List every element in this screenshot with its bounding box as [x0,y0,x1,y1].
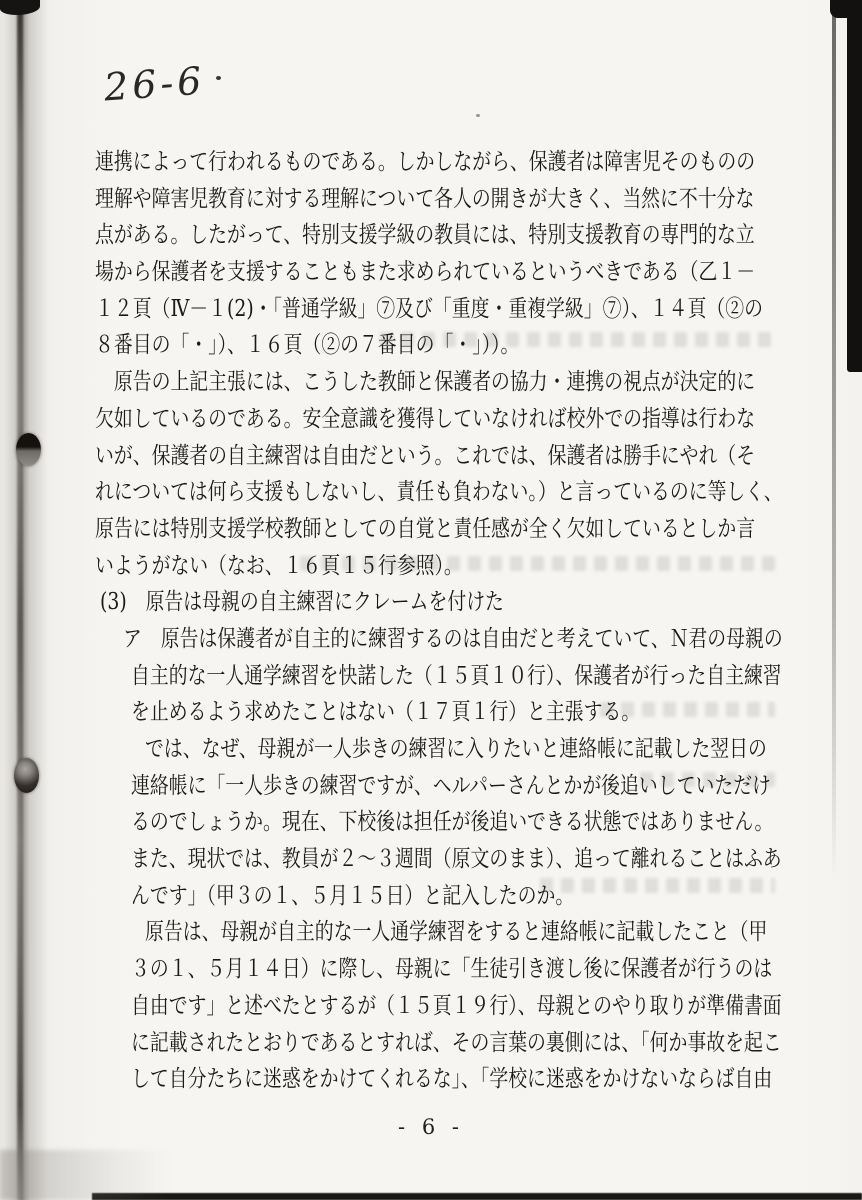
text-line: を止めるよう求めたことはない（１７頁１行）と主張する。 [131,694,862,731]
page-number: - 6 - [0,1115,862,1139]
text-line: 点がある。したがって、特別支援学級の教員には、特別支援教育の専門的な立 [95,217,862,254]
scanner-edge-bottom [92,1193,862,1200]
text-line: れについては何ら支援もしないし、責任も負わない。）と言っているのに等しく、 [95,474,862,511]
text-line: ア 原告は保護者が自主的に練習するのは自由だと考えていて、Ｎ君の母親の [123,621,862,658]
text-line: では、なぜ、母親が一人歩きの練習に入りたいと連絡帳に記載した翌日の [145,731,862,768]
text-line: 自由です」と述べたとするが（１５頁１９行）、母親とのやり取りが準備書面 [131,988,862,1025]
text-line: いようがない（なお、１６頁１５行参照）。 [95,548,862,585]
text-line: ３の１、５月１４日）に際し、母親に「生徒引き渡し後に保護者が行うのは [131,951,862,988]
text-line: 連絡帳に「一人歩きの練習ですが、ヘルパーさんとかが後追いしていただけ [131,768,862,805]
text-line: (3) 原告は母親の自主練習にクレームを付けた [100,584,862,621]
text-line: １２頁（Ⅳ－１(2)・「普通学級」⑦及び「重度・重複学級」⑦）、１４頁（②の [95,291,862,328]
text-line: 原告の上記主張には、こうした教師と保護者の協力・連携の視点が決定的に [95,364,862,401]
text-line: 自主的な一人通学練習を快諾した（１５頁１０行）、保護者が行った自主練習 [131,658,862,695]
text-line: ８番目の「・」）、１６頁（②の７番目の「・」））。 [95,327,862,364]
ink-speck [476,114,480,117]
text-line: るのでしょうか。現在、下校後は担任が後追いできる状態ではありません。 [131,804,862,841]
text-line: 原告は、母親が自主的な一人通学練習をすると連絡帳に記載したこと（甲 [145,914,862,951]
text-line: 原告には特別支援学校教師としての自覚と責任感が全く欠如しているとしか言 [95,511,862,548]
scanned-page: 26-6 連携によって行われるものである。しかしながら、保護者は障害児そのものの… [0,0,862,1200]
text-line: 欠如しているのである。安全意識を獲得していなければ校外での指導は行わな [95,401,862,438]
text-line: 場から保護者を支援することもまた求められているというべきである（乙１－ [95,254,862,291]
handwritten-exhibit-number: 26-6 [103,59,207,110]
text-line: いが、保護者の自主練習は自由だという。これでは、保護者は勝手にやれ（そ [95,438,862,475]
bottom-left-smudge [0,1150,170,1200]
text-line: 理解や障害児教育に対する理解について各人の開きが大きく、当然に不十分な [95,181,862,218]
text-line: に記載されたとおりであるとすれば、その言葉の裏側には、「何か事故を起こ [131,1025,862,1062]
ink-speck [216,76,221,80]
text-line: んです」（甲３の１、５月１５日）と記入したのか。 [131,878,862,915]
text-lines: 連携によって行われるものである。しかしながら、保護者は障害児そのものの理解や障害… [0,144,862,1098]
text-line: また、現状では、教員が２～３週間（原文のまま）、追って離れることはふあ [131,841,862,878]
text-line: して自分たちに迷惑をかけてくれるな」、「学校に迷惑をかけないならば自由 [131,1061,862,1098]
text-line: 連携によって行われるものである。しかしながら、保護者は障害児そのものの [95,144,862,181]
